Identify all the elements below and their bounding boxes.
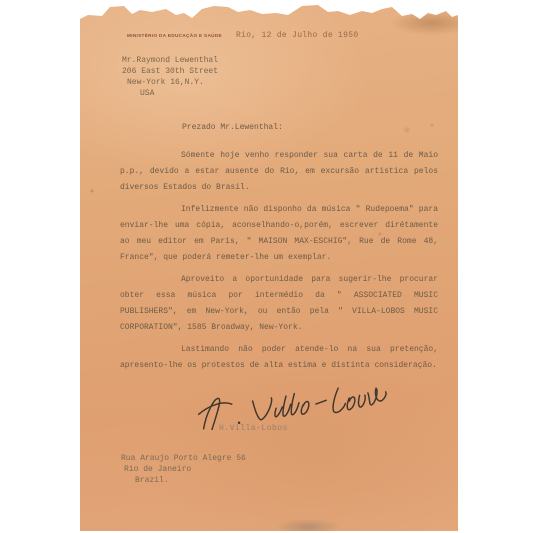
typed-signature-name: H.Villa-Lobos [219, 424, 288, 433]
recipient-line: USA [140, 88, 218, 99]
scanned-letter-canvas: MINISTÉRIO DA EDUCAÇÃO E SAÚDE Rio, 12 d… [0, 0, 533, 533]
recipient-line: 206 East 30th Street [122, 66, 218, 77]
salutation: Prezado Mr.Lewenthal: [182, 123, 283, 132]
sender-line: Brazil. [135, 475, 246, 486]
sender-line: Rua Araujo Porto Alegre 56 [121, 453, 246, 464]
signature-stroke-lobos [332, 386, 387, 413]
letter-body: Sómente hoje venho responder sua carta d… [120, 148, 438, 380]
recipient-line: Mr.Raymond Lewenthal [122, 55, 218, 66]
paragraph: Lastimando não poder atende-lo na sua pr… [120, 342, 438, 374]
paragraph: Aproveito a oportunidade para sugerir-lh… [120, 272, 438, 336]
signature-stroke-villa [252, 393, 309, 420]
paragraph: Infelizmente não disponho da música " Ru… [120, 202, 438, 266]
sender-address-block: Rua Araujo Porto Alegre 56 Rio de Janeir… [121, 453, 246, 486]
letter-paper: MINISTÉRIO DA EDUCAÇÃO E SAÚDE Rio, 12 d… [80, 3, 458, 531]
sender-line: Rio de Janeiro [124, 464, 246, 475]
recipient-address-block: Mr.Raymond Lewenthal 206 East 30th Stree… [122, 55, 218, 99]
paragraph: Sómente hoje venho responder sua carta d… [120, 148, 438, 196]
recipient-line: New-York 16,N.Y. [127, 77, 218, 88]
dateline: Rio, 12 de Julho de 1950 [236, 31, 358, 40]
signature-stroke-hyphen [316, 400, 327, 404]
ministry-letterhead: MINISTÉRIO DA EDUCAÇÃO E SAÚDE [127, 34, 222, 39]
